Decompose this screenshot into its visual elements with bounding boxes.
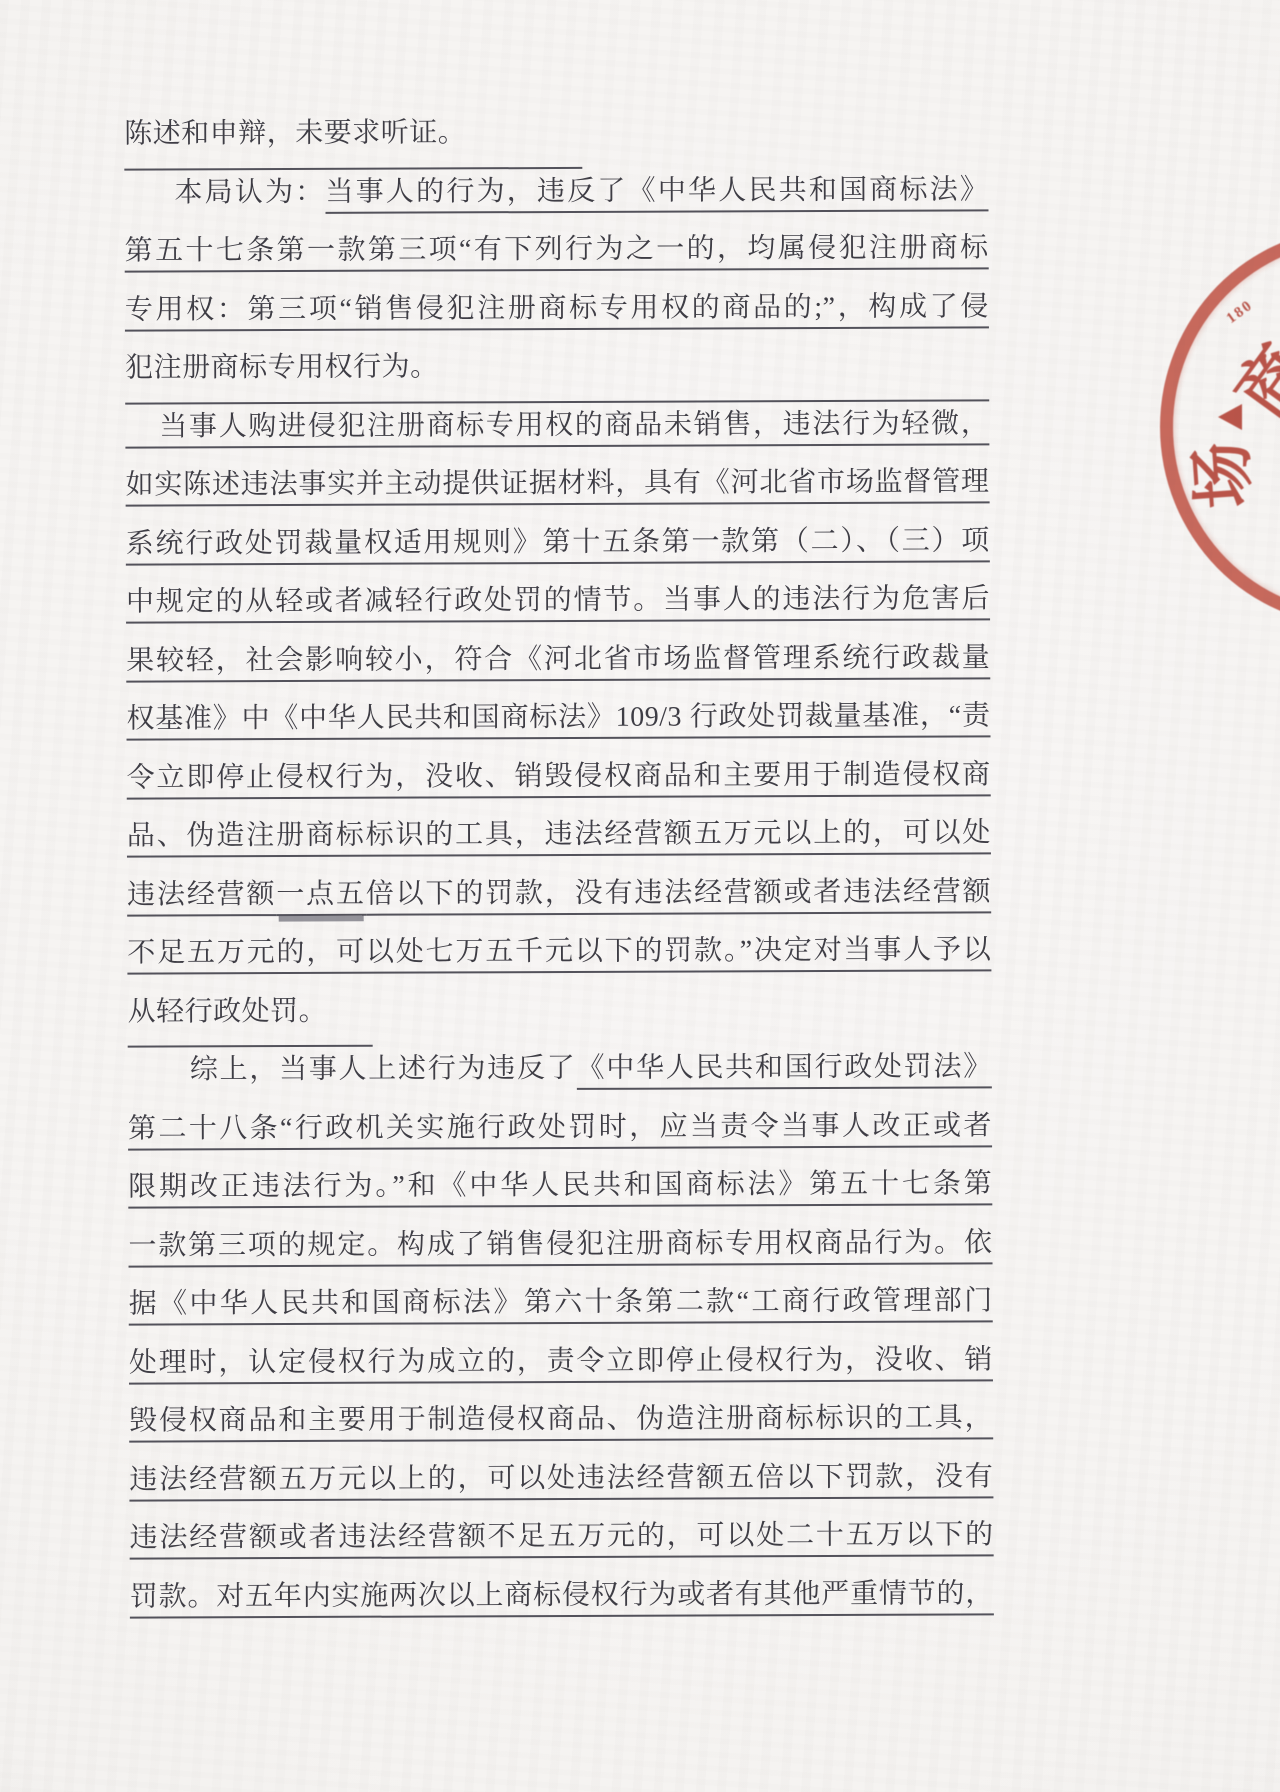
line-text: 限期改正违法行为。”和《中华人民共和国商标法》第五十七条第 [128,1168,992,1208]
text-line: 令立即停止侵权行为，没收、销毁侵权商品和主要用于制造侵权商 [127,746,991,808]
line-text: 品、伪造注册商标标识的工具，违法经营额五万元以上的，可以处 [127,817,991,857]
document-body: 陈述和申辩，未要求听证。 本局认为：当事人的行为，违反了《中华人民共和国商标法》… [124,102,994,1626]
text-line: 罚款。对五年内实施两次以上商标侵权行为或者有其他严重情节的， [130,1565,994,1627]
line-text: 中规定的从轻或者减轻行政处罚的情节。当事人的违法行为危害后 [126,583,990,623]
line-text: 陈述和申辩，未要求听证。 [124,104,582,170]
line-text: 如实陈述违法事实并主动提供证据材料，具有《河北省市场监督管理 [125,466,989,506]
line-text: 系统行政处罚裁量权适用规则》第十五条第一款第（二）、（三）项 [126,525,990,565]
line-text: 从轻行政处罚。 [127,982,372,1047]
seal-star-icon [1218,404,1242,430]
line-text: 果较轻，社会影响较小，符合《河北省市场监督管理系统行政裁量 [126,642,990,682]
text-line: 陈述和申辩，未要求听证。 [124,102,988,164]
line-text: 当事人购进侵犯注册商标专用权的商品未销售，违法行为轻微， [125,408,989,448]
line-text: 违法经营额 [127,879,276,917]
line-text: 违法经营额或者违法经营额不足五万元的，可以处二十五万以下的 [130,1519,994,1559]
text-line: 系统行政处罚裁量权适用规则》第十五条第一款第（二）、（三）项 [126,512,990,574]
text-line: 果较轻，社会影响较小，符合《河北省市场监督管理系统行政裁量 [126,629,990,691]
line-text: 毁侵权商品和主要用于制造侵权商品、伪造注册商标标识的工具， [129,1402,993,1442]
text-line: 当事人购进侵犯注册商标专用权的商品未销售，违法行为轻微， [125,395,989,457]
text-line: 毁侵权商品和主要用于制造侵权商品、伪造注册商标标识的工具， [129,1389,993,1451]
text-line: 一款第三项的规定。构成了销售侵犯注册商标专用权商品行为。依 [128,1214,992,1276]
text-line: 专用权：第三项“销售侵犯注册商标专用权的商品的;”，构成了侵 [125,278,989,340]
text-line: 据《中华人民共和国商标法》第六十条第二款“工商行政管理部门 [129,1272,993,1334]
line-text: 违法经营额五万元以上的，可以处违法经营额五倍以下罚款，没有 [129,1461,993,1501]
official-seal: 180 商 场 [1160,228,1280,624]
line-text: 处理时，认定侵权行为成立的，责令立即停止侵权行为，没收、销 [129,1344,993,1384]
seal-character: 场 [1167,439,1266,511]
line-text: 《中华人民共和国行政处罚法》 [576,1051,991,1090]
line-text: 罚款。对五年内实施两次以上商标侵权行为或者有其他严重情节的， [130,1578,994,1618]
text-line: 违法经营额一点五倍以下的罚款，没有违法经营额或者违法经营额 [127,863,991,925]
text-line: 第二十八条“行政机关实施行政处罚时，应当责令当事人改正或者 [128,1097,992,1159]
text-line: 中规定的从轻或者减轻行政处罚的情节。当事人的违法行为危害后 [126,570,990,632]
line-text: 不足五万元的，可以处七万五千元以下的罚款。”决定对当事人予以 [127,934,991,974]
line-prefix: 综上，当事人上述行为违反了 [128,1053,577,1086]
text-line: 违法经营额五万元以上的，可以处违法经营额五倍以下罚款，没有 [129,1448,993,1510]
text-line: 犯注册商标专用权行为。 [125,336,989,398]
text-line: 从轻行政处罚。 [127,980,991,1042]
text-line: 如实陈述违法事实并主动提供证据材料，具有《河北省市场监督管理 [125,453,989,515]
emphasized-text: 一点五 [276,878,366,915]
text-line: 限期改正违法行为。”和《中华人民共和国商标法》第五十七条第 [128,1155,992,1217]
line-text: 权基准》中《中华人民共和国商标法》109/3 行政处罚裁量基准，“责 [126,700,990,740]
text-line: 综上，当事人上述行为违反了《中华人民共和国行政处罚法》 [128,1038,992,1100]
text-line: 处理时，认定侵权行为成立的，责令立即停止侵权行为，没收、销 [129,1331,993,1393]
line-text: 倍以下的罚款，没有违法经营额或者违法经营额 [366,876,991,915]
line-text: 据《中华人民共和国商标法》第六十条第二款“工商行政管理部门 [129,1285,993,1325]
line-text: 当事人的行为，违反了《中华人民共和国商标法》 [325,174,988,214]
line-text: 一款第三项的规定。构成了销售侵犯注册商标专用权商品行为。依 [128,1227,992,1267]
line-text: 第二十八条“行政机关实施行政处罚时，应当责令当事人改正或者 [128,1110,992,1150]
text-line: 品、伪造注册商标标识的工具，违法经营额五万元以上的，可以处 [127,804,991,866]
text-line: 不足五万元的，可以处七万五千元以下的罚款。”决定对当事人予以 [127,921,991,983]
line-text: 犯注册商标专用权行为。 [125,336,989,404]
text-line: 违法经营额或者违法经营额不足五万元的，可以处二十五万以下的 [129,1506,993,1568]
line-text: 第五十七条第一款第三项“有下列行为之一的，均属侵犯注册商标 [125,232,989,272]
text-line: 权基准》中《中华人民共和国商标法》109/3 行政处罚裁量基准，“责 [126,687,990,749]
line-text: 专用权：第三项“销售侵犯注册商标专用权的商品的;”，构成了侵 [125,291,989,331]
text-line: 本局认为：当事人的行为，违反了《中华人民共和国商标法》 [124,161,988,223]
text-line: 第五十七条第一款第三项“有下列行为之一的，均属侵犯注册商标 [125,219,989,281]
scanned-document-page: 陈述和申辩，未要求听证。 本局认为：当事人的行为，违反了《中华人民共和国商标法》… [0,0,1280,1792]
line-text: 令立即停止侵权行为，没收、销毁侵权商品和主要用于制造侵权商 [127,759,991,799]
line-prefix: 本局认为： [124,176,325,208]
